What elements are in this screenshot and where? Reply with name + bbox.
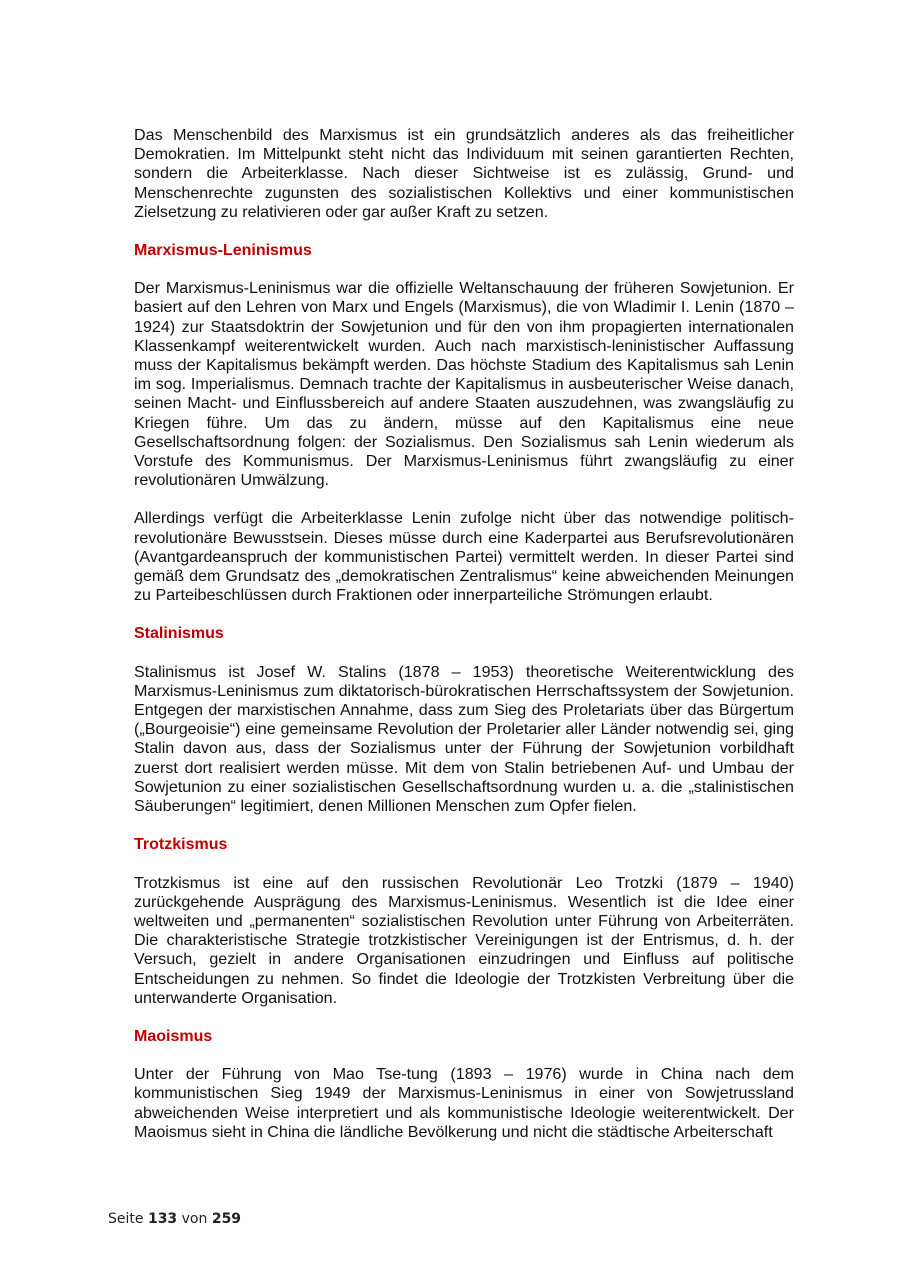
page-content: Das Menschenbild des Marxismus ist ein g… [134, 126, 794, 1161]
paragraph: Unter der Führung von Mao Tse-tung (1893… [134, 1065, 794, 1142]
section-heading: Trotzkismus [134, 835, 794, 854]
document-page: Das Menschenbild des Marxismus ist ein g… [0, 0, 900, 1273]
current-page-number: 133 [148, 1211, 177, 1227]
page-separator: von [182, 1211, 208, 1227]
paragraph: Der Marxismus-Leninismus war die offizie… [134, 279, 794, 490]
section-marxismus-leninismus: Marxismus-Leninismus Der Marxismus-Lenin… [134, 241, 794, 605]
section-stalinismus: Stalinismus Stalinismus ist Josef W. Sta… [134, 624, 794, 816]
paragraph: Allerdings verfügt die Arbeiterklasse Le… [134, 509, 794, 605]
section-heading: Stalinismus [134, 624, 794, 643]
total-pages-number: 259 [212, 1211, 241, 1227]
paragraph: Stalinismus ist Josef W. Stalins (1878 –… [134, 663, 794, 817]
section-heading: Marxismus-Leninismus [134, 241, 794, 260]
section-maoismus: Maoismus Unter der Führung von Mao Tse-t… [134, 1027, 794, 1142]
paragraph: Trotzkismus ist eine auf den russischen … [134, 874, 794, 1008]
section-heading: Maoismus [134, 1027, 794, 1046]
intro-paragraph: Das Menschenbild des Marxismus ist ein g… [134, 126, 794, 222]
page-number-footer: Seite 133 von 259 [108, 1211, 241, 1227]
page-label: Seite [108, 1211, 144, 1227]
section-trotzkismus: Trotzkismus Trotzkismus ist eine auf den… [134, 835, 794, 1008]
